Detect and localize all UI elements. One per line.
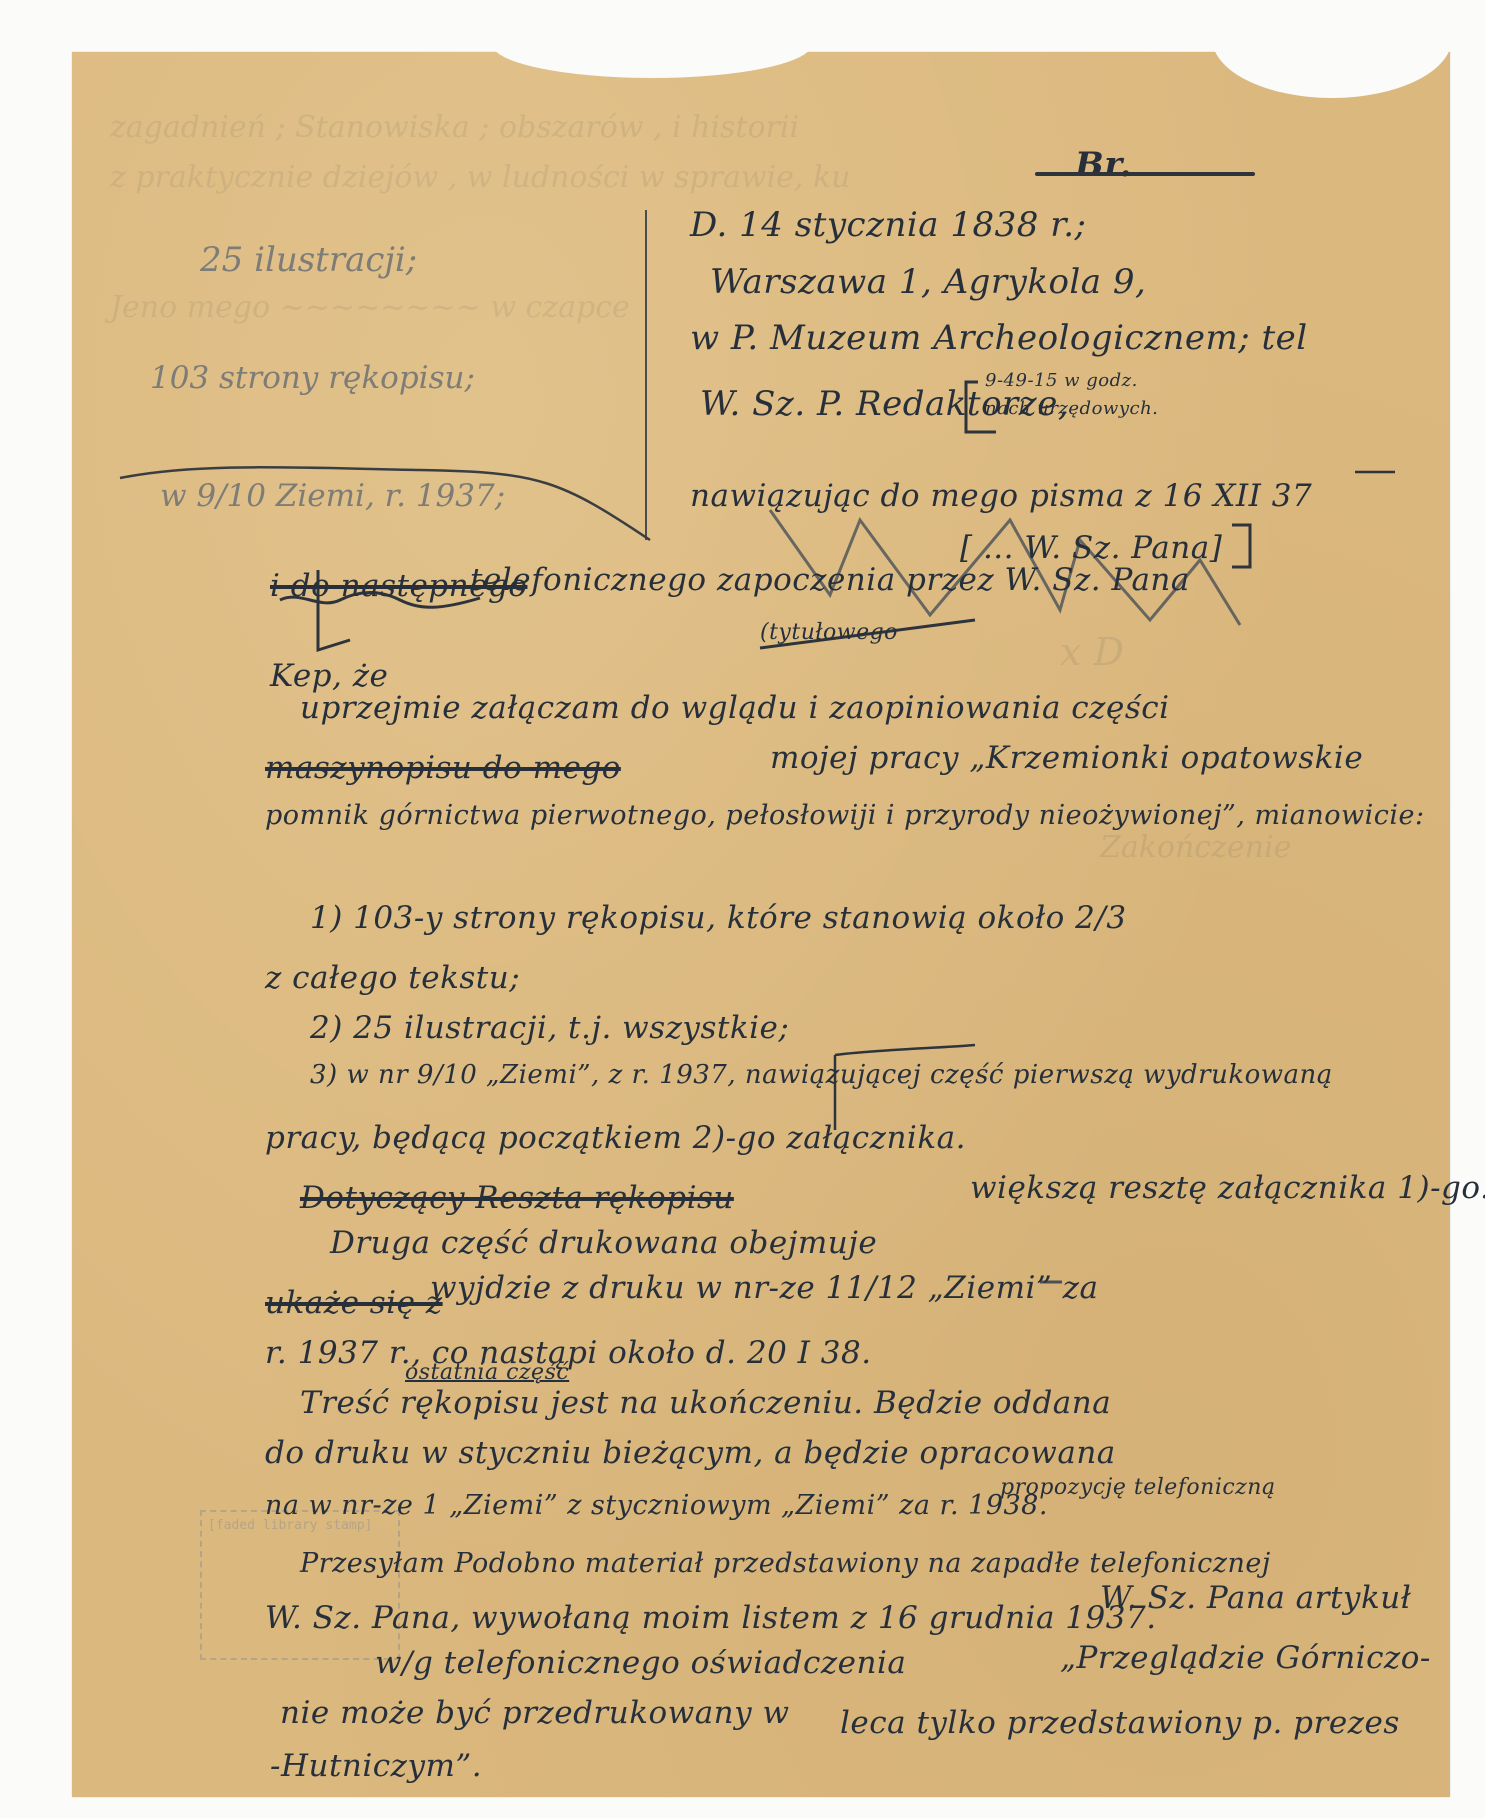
body-insert: (tytułowego [760,620,898,645]
body-line: „Przeglądzie Górniczo- [1060,1640,1431,1676]
body-line: W. Sz. Pana artykuł [1100,1580,1411,1616]
margin-note-illustrations: 25 ilustracji; [200,240,417,280]
letter-date: D. 14 stycznia 1838 r.; [690,205,1086,245]
margin-note-pages: 103 strony rękopisu; [150,360,475,396]
list-item-2: 2) 25 ilustracji, t.j. wszystkie; [310,1010,789,1046]
body-line: Druga część drukowana obejmuje [330,1225,877,1261]
body-line-struck: Dotyczący Reszta rękopisu [300,1180,734,1216]
body-line: z całego tekstu; [265,960,520,996]
body-line: na w nr-ze 1 „Ziemi” z styczniowym „Ziem… [265,1490,1048,1521]
body-line-struck: maszynopisu do mego [265,750,621,786]
list-item-3: 3) w nr 9/10 „Ziemi”, z r. 1937, nawiązu… [310,1060,1333,1090]
body-line: -Hutniczym”. [270,1748,482,1784]
body-insert: propozycję telefoniczną [1000,1475,1276,1500]
letter-address: Warszawa 1, Agrykola 9, [710,262,1146,302]
body-line: Kep, że [270,658,388,694]
body-line: W. Sz. Pana, wywołaną moim listem z 16 g… [265,1600,1157,1636]
body-line: pracy, będącą początkiem 2)-go załącznik… [265,1120,966,1156]
body-line: do druku w styczniu bieżącym, a będzie o… [265,1435,1116,1471]
salutation: W. Sz. P. Redaktorze, [700,384,1069,424]
list-item-1: 1) 103-y strony rękopisu, które stanowią… [310,900,1127,936]
body-line: leca tylko przedstawiony p. prezes [840,1705,1400,1741]
body-line: uprzejmie załączam do wglądu i zaopiniow… [300,690,1170,726]
body-line: nie może być przedrukowany w [280,1695,790,1731]
body-line-struck: ukaże się z [265,1285,443,1321]
body-line: telefonicznego zapoczenia przez W. Sz. P… [470,562,1190,598]
body-line: większą resztę załącznika 1)-go. [970,1170,1485,1206]
body-line: wyjdzie z druku w nr-ze 11/12 „Ziemi” za [430,1270,1098,1306]
margin-note-issue: w 9/10 Ziemi, r. 1937; [160,478,505,514]
reference-line: nawiązując do mego pisma z 16 XII 37 [690,478,1312,514]
body-line: w/g telefonicznego oświadczenia [375,1645,906,1681]
body-line: Przesyłam Podobno materiał przedstawiony… [300,1548,1271,1579]
body-line: mojej pracy „Krzemionki opatowskie [770,740,1363,776]
letter-institution: w P. Muzeum Archeologicznem; tel [690,318,1308,358]
body-line: Treść rękopisu jest na ukończeniu. Będzi… [300,1385,1111,1421]
body-insert: ostatnia część [405,1360,569,1385]
reference-line-end: [ ... W. Sz. Pana] [960,530,1222,566]
body-line: pomnik górnictwa pierwotnego, pełosłowij… [265,800,1425,831]
